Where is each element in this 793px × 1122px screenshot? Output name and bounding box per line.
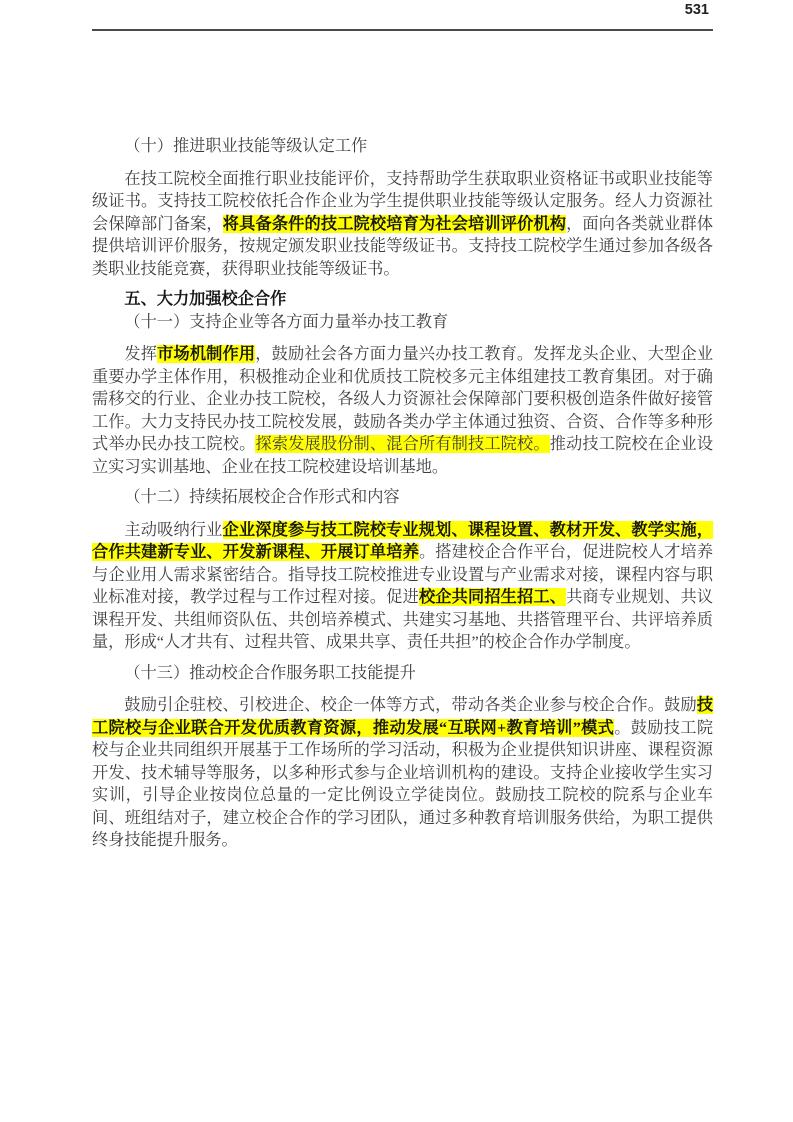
document-content: （十）推进职业技能等级认定工作在技工院校全面推行职业技能评价，支持帮助学生获取职…: [92, 135, 713, 860]
highlighted-text: 市场机制作用: [157, 345, 255, 363]
section-heading: （十）推进职业技能等级认定工作: [92, 135, 713, 158]
text-run: （十三）推动校企合作服务职工技能提升: [124, 664, 415, 682]
paragraph: 发挥市场机制作用，鼓励社会各方面力量兴办技工教育。发挥龙头企业、大型企业重要办学…: [92, 343, 713, 478]
text-run: 鼓励引企驻校、引校进企、校企一体等方式，带动各类企业参与校企合作。鼓励: [124, 696, 696, 714]
paragraph: 在技工院校全面推行职业技能评价，支持帮助学生获取职业资格证书或职业技能等级证书。…: [92, 168, 713, 281]
section-heading: 五、大力加强校企合作: [92, 288, 713, 311]
text-run: （十一）支持企业等各方面力量举办技工教育: [124, 313, 448, 331]
section-heading: （十三）推动校企合作服务职工技能提升: [92, 662, 713, 685]
highlighted-text: 将具备条件的技工院校培育为社会培训评价机构: [223, 215, 566, 233]
paragraph: 鼓励引企驻校、引校进企、校企一体等方式，带动各类企业参与校企合作。鼓励技工院校与…: [92, 694, 713, 852]
text-run: （十二）持续拓展校企合作形式和内容: [124, 488, 399, 506]
header-rule: [92, 29, 713, 31]
page-number: 531: [685, 2, 709, 18]
text-run: 发挥: [124, 345, 157, 363]
text-run: 。鼓励技工院校与企业共同组织开展基于工作场所的学习活动，积极为企业提供知识讲座、…: [92, 719, 713, 850]
section-heading: （十二）持续拓展校企合作形式和内容: [92, 486, 713, 509]
text-run: 五、大力加强校企合作: [124, 290, 286, 308]
paragraph: 主动吸纳行业企业深度参与技工院校专业规划、课程设置、教材开发、教学实施，合作共建…: [92, 519, 713, 654]
document-page: 531 （十）推进职业技能等级认定工作在技工院校全面推行职业技能评价，支持帮助学…: [0, 0, 793, 1122]
section-heading: （十一）支持企业等各方面力量举办技工教育: [92, 311, 713, 334]
highlighted-text: 校企共同招生招工、: [419, 588, 566, 606]
text-run: 主动吸纳行业: [124, 521, 222, 539]
text-run: （十）推进职业技能等级认定工作: [124, 137, 367, 155]
highlighted-text: 探索发展股份制、混合所有制技工院校。: [255, 435, 549, 453]
